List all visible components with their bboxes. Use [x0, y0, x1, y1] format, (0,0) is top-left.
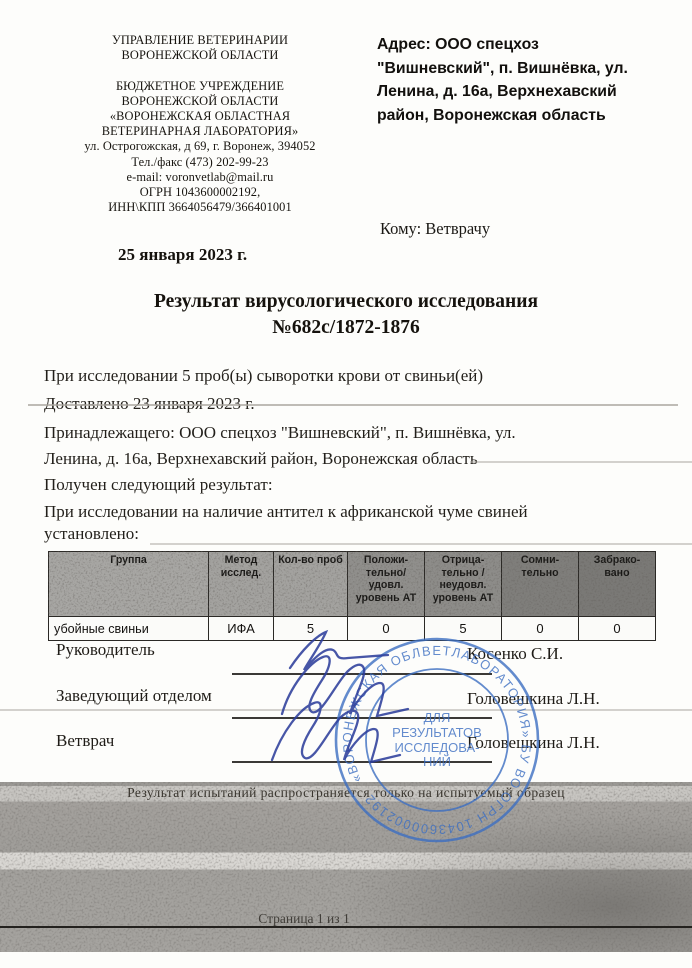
- col-header-positive: Положи- тельно/ удовл. уровень АТ: [348, 552, 425, 617]
- body-line: Получен следующий результат:: [44, 475, 674, 495]
- scanned-lab-report-page: УПРАВЛЕНИЕ ВЕТЕРИНАРИИ ВОРОНЕЖСКОЙ ОБЛАС…: [0, 0, 692, 968]
- body-line: установлено:: [44, 524, 674, 544]
- col-header-doubtful: Сомни- тельно: [502, 552, 579, 617]
- scan-artifact-line: [28, 404, 678, 406]
- document-title-line2: №682с/1872-1876: [0, 315, 692, 341]
- document-date: 25 января 2023 г.: [118, 245, 247, 265]
- scan-artifact-line: [0, 926, 692, 928]
- recipient-line: Кому: Ветврачу: [380, 219, 490, 239]
- col-header-group: Группа: [49, 552, 209, 617]
- body-line: Принадлежащего: ООО спецхоз "Вишневский"…: [44, 423, 674, 443]
- body-line: Ленина, д. 16а, Верхнехавский район, Вор…: [44, 449, 674, 469]
- signature-role-label: Ветврач: [56, 731, 114, 751]
- table-header-row: Группа Метод исслед. Кол-во проб Положи-…: [49, 552, 656, 617]
- org-letterhead: УПРАВЛЕНИЕ ВЕТЕРИНАРИИ ВОРОНЕЖСКОЙ ОБЛАС…: [40, 33, 360, 215]
- cell-rejected: 0: [579, 617, 656, 641]
- signature-role-label: Заведующий отделом: [56, 686, 212, 706]
- signature-ink: [230, 622, 510, 772]
- cell-group: убойные свиньи: [49, 617, 209, 641]
- recipient-address: Адрес: ООО спецхоз "Вишневский", п. Вишн…: [377, 33, 677, 127]
- body-line: При исследовании 5 проб(ы) сыворотки кро…: [44, 366, 674, 386]
- scan-artifact-line: [150, 543, 692, 545]
- col-header-sample-count: Кол-во проб: [274, 552, 348, 617]
- col-header-method: Метод исслед.: [209, 552, 274, 617]
- body-line: При исследовании на наличие антител к аф…: [44, 502, 674, 522]
- col-header-rejected: Забрако- вано: [579, 552, 656, 617]
- page-number-label: Страница 1 из 1: [0, 911, 608, 927]
- document-title-line1: Результат вирусологического исследования: [0, 289, 692, 315]
- document-title: Результат вирусологического исследования…: [0, 289, 692, 341]
- col-header-negative: Отрица- тельно / неудовл. уровень АТ: [425, 552, 502, 617]
- scan-artifact-line: [470, 461, 692, 463]
- signature-role-label: Руководитель: [56, 640, 155, 660]
